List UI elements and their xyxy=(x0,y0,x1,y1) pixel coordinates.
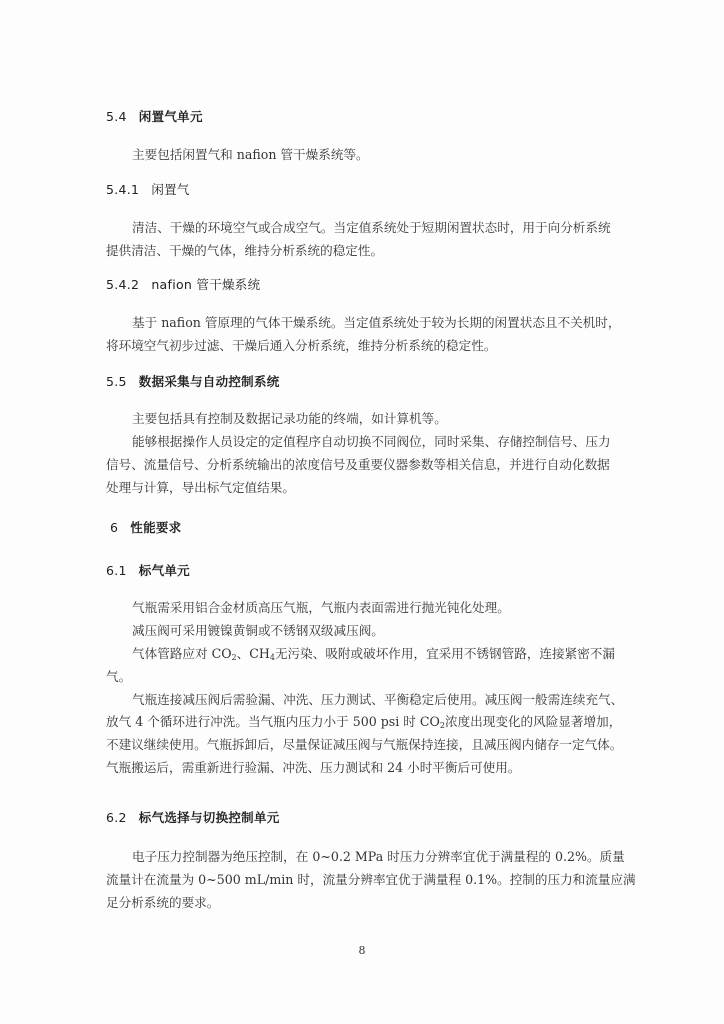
section-number: 6.2 xyxy=(106,810,127,825)
paragraph-5-4-1: 清洁、干燥的环境空气或合成空气。当定值系统处于短期闲置状态时，用于向分析系统 提… xyxy=(106,217,608,263)
text-line: 提供清洁、干燥的气体，维持分析系统的稳定性。 xyxy=(106,240,608,263)
heading-5-4: 5.4闲置气单元 xyxy=(106,107,203,125)
heading-5-4-1: 5.4.1闲置气 xyxy=(106,180,190,198)
section-number: 6.1 xyxy=(106,563,127,578)
text-line: 足分析系统的要求。 xyxy=(106,892,608,915)
text-line: 流量计在流量为 0~500 mL/min 时，流量分辨率宜优于满量程 0.1%。… xyxy=(106,869,608,892)
section-number: 5.5 xyxy=(106,374,127,389)
text-line: 气。 xyxy=(106,666,608,689)
heading-6: 6性能要求 xyxy=(110,518,181,536)
paragraph-5-4-2: 基于 nafion 管原理的气体干燥系统。当定值系统处于较为长期的闲置状态且不关… xyxy=(106,312,608,358)
section-number: 5.4.1 xyxy=(106,182,139,197)
paragraph-6-2: 电子压力控制器为绝压控制，在 0~0.2 MPa 时压力分辨率宜优于满量程的 0… xyxy=(106,846,608,915)
paragraph-5-5: 主要包括具有控制及数据记录功能的终端，如计算机等。 能够根据操作人员设定的定值程… xyxy=(106,408,608,500)
text-line: 处理与计算，导出标气定值结果。 xyxy=(106,477,608,500)
text-line: 清洁、干燥的环境空气或合成空气。当定值系统处于短期闲置状态时，用于向分析系统 xyxy=(106,217,608,240)
text-line: 气瓶连接减压阀后需验漏、冲洗、压力测试、平衡稳定后使用。减压阀一般需连续充气、 xyxy=(106,689,608,712)
heading-5-5: 5.5数据采集与自动控制系统 xyxy=(106,372,280,390)
text-line: 能够根据操作人员设定的定值程序自动切换不同阀位，同时采集、存储控制信号、压力 xyxy=(106,431,608,454)
heading-5-4-2: 5.4.2nafion 管干燥系统 xyxy=(106,275,260,293)
document-page: 5.4闲置气单元 主要包括闲置气和 nafion 管干燥系统等。 5.4.1闲置… xyxy=(0,0,724,1024)
text-line: 将环境空气初步过滤、干燥后通入分析系统，维持分析系统的稳定性。 xyxy=(106,335,608,358)
text-line: 放气 4 个循环进行冲洗。当气瓶内压力小于 500 psi 时 CO2浓度出现变… xyxy=(106,711,608,734)
section-title: nafion 管干燥系统 xyxy=(151,277,260,292)
section-title: 闲置气单元 xyxy=(139,109,203,124)
section-title: 闲置气 xyxy=(151,182,189,197)
section-number: 6 xyxy=(110,520,118,535)
paragraph-5-4: 主要包括闲置气和 nafion 管干燥系统等。 xyxy=(106,144,608,167)
text-line: 气瓶需采用铝合金材质高压气瓶，气瓶内表面需进行抛光钝化处理。 xyxy=(106,597,608,620)
section-number: 5.4.2 xyxy=(106,277,139,292)
text-line: 信号、流量信号、分析系统输出的浓度信号及重要仪器参数等相关信息，并进行自动化数据 xyxy=(106,454,608,477)
text-line: 减压阀可采用镀镍黄铜或不锈钢双级减压阀。 xyxy=(106,620,608,643)
section-title: 性能要求 xyxy=(130,520,181,535)
section-title: 标气选择与切换控制单元 xyxy=(139,810,280,825)
text-line: 主要包括闲置气和 nafion 管干燥系统等。 xyxy=(106,144,608,167)
heading-6-2: 6.2标气选择与切换控制单元 xyxy=(106,808,280,826)
text-line: 不建议继续使用。气瓶拆卸后，尽量保证减压阀与气瓶保持连接，且减压阀内储存一定气体… xyxy=(106,734,608,757)
text-line: 主要包括具有控制及数据记录功能的终端，如计算机等。 xyxy=(106,408,608,431)
text-line: 气体管路应对 CO2、CH4无污染、吸附或破坏作用，宜采用不锈钢管路，连接紧密不… xyxy=(106,643,608,666)
heading-6-1: 6.1标气单元 xyxy=(106,561,190,579)
text-line: 气瓶搬运后，需重新进行验漏、冲洗、压力测试和 24 小时平衡后可使用。 xyxy=(106,757,608,780)
text-line: 基于 nafion 管原理的气体干燥系统。当定值系统处于较为长期的闲置状态且不关… xyxy=(106,312,608,335)
text-line: 电子压力控制器为绝压控制，在 0~0.2 MPa 时压力分辨率宜优于满量程的 0… xyxy=(106,846,608,869)
section-title: 数据采集与自动控制系统 xyxy=(139,374,280,389)
section-title: 标气单元 xyxy=(139,563,190,578)
section-number: 5.4 xyxy=(106,109,127,124)
page-number: 8 xyxy=(0,944,724,957)
paragraph-6-1: 气瓶需采用铝合金材质高压气瓶，气瓶内表面需进行抛光钝化处理。 减压阀可采用镀镍黄… xyxy=(106,597,608,780)
